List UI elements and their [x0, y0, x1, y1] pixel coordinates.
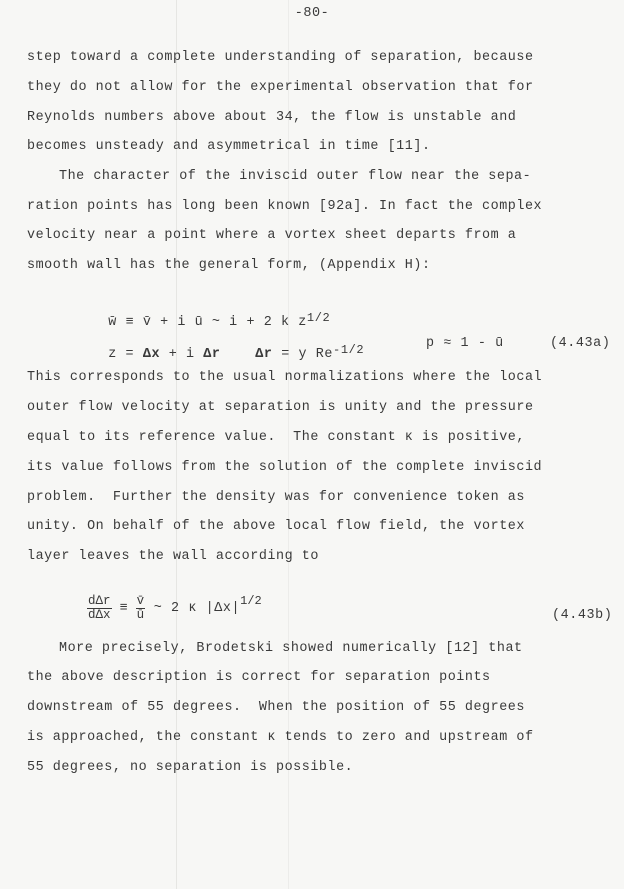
equation-complex-velocity: w̄ ≡ v̄ + i ū ~ i + 2 k z1/2: [91, 300, 330, 330]
equation-label: (4.43b): [552, 608, 612, 623]
equation-delta-r-definition: Δr = y Re-1/2: [238, 332, 364, 362]
text-line: unity. On behalf of the above local flow…: [27, 519, 525, 534]
text-line: The character of the inviscid outer flow…: [59, 169, 531, 184]
equation-text: ≡: [112, 601, 136, 616]
equation-text: + i: [160, 347, 203, 362]
text-line: outer flow velocity at separation is uni…: [27, 400, 534, 415]
text-line: This corresponds to the usual normalizat…: [27, 370, 542, 385]
fraction-d-delta-r-over-d-delta-x: dΔr dΔx: [87, 595, 112, 622]
text-line: problem. Further the density was for con…: [27, 490, 525, 505]
text-line: Reynolds numbers above about 34, the flo…: [27, 110, 516, 125]
text-line: becomes unsteady and asymmetrical in tim…: [27, 139, 431, 154]
page-number: -80-: [0, 6, 624, 21]
text-line: the above description is correct for sep…: [27, 670, 491, 685]
text-line: velocity near a point where a vortex she…: [27, 228, 516, 243]
text-line: ration points has long been known [92a].…: [27, 199, 542, 214]
equation-delta-r: Δr: [255, 347, 272, 362]
equation-exponent: 1/2: [307, 311, 330, 325]
equation-delta-r: Δr: [203, 347, 220, 362]
equation-pressure: p ≈ 1 - ū: [426, 336, 504, 351]
text-line: is approached, the constant κ tends to z…: [27, 730, 534, 745]
equation-label: (4.43a): [550, 336, 610, 351]
fraction-denominator: dΔx: [88, 609, 111, 622]
fraction-denominator: ū: [137, 609, 145, 622]
text-line: More precisely, Brodetski showed numeric…: [59, 641, 523, 656]
text-line: smooth wall has the general form, (Appen…: [27, 258, 431, 273]
equation-z-definition: z = Δx + i Δr: [91, 332, 221, 362]
equation-text: w̄ ≡ v̄ + i ū ~ i + 2 k z: [108, 315, 307, 330]
text-line: 55 degrees, no separation is possible.: [27, 760, 353, 775]
fraction-numerator: dΔr: [87, 595, 112, 609]
equation-vortex-layer: dΔr dΔx ≡ v̄ ū ~ 2 κ |Δx|1/2: [87, 595, 262, 622]
text-line: they do not allow for the experimental o…: [27, 80, 534, 95]
text-line: layer leaves the wall according to: [27, 549, 319, 564]
equation-text: z =: [108, 347, 143, 362]
text-line: step toward a complete understanding of …: [27, 50, 534, 65]
equation-text: = y Re: [273, 347, 333, 362]
equation-exponent: 1/2: [240, 594, 262, 608]
text-line: downstream of 55 degrees. When the posit…: [27, 700, 525, 715]
equation-text: ~ 2 κ |Δx|: [145, 601, 240, 616]
fraction-v-over-u: v̄ ū: [136, 595, 146, 622]
equation-delta-x: Δx: [143, 347, 160, 362]
equation-exponent: -1/2: [333, 343, 364, 357]
text-line: equal to its reference value. The consta…: [27, 430, 525, 445]
fraction-numerator: v̄: [136, 595, 146, 609]
text-line: its value follows from the solution of t…: [27, 460, 542, 475]
